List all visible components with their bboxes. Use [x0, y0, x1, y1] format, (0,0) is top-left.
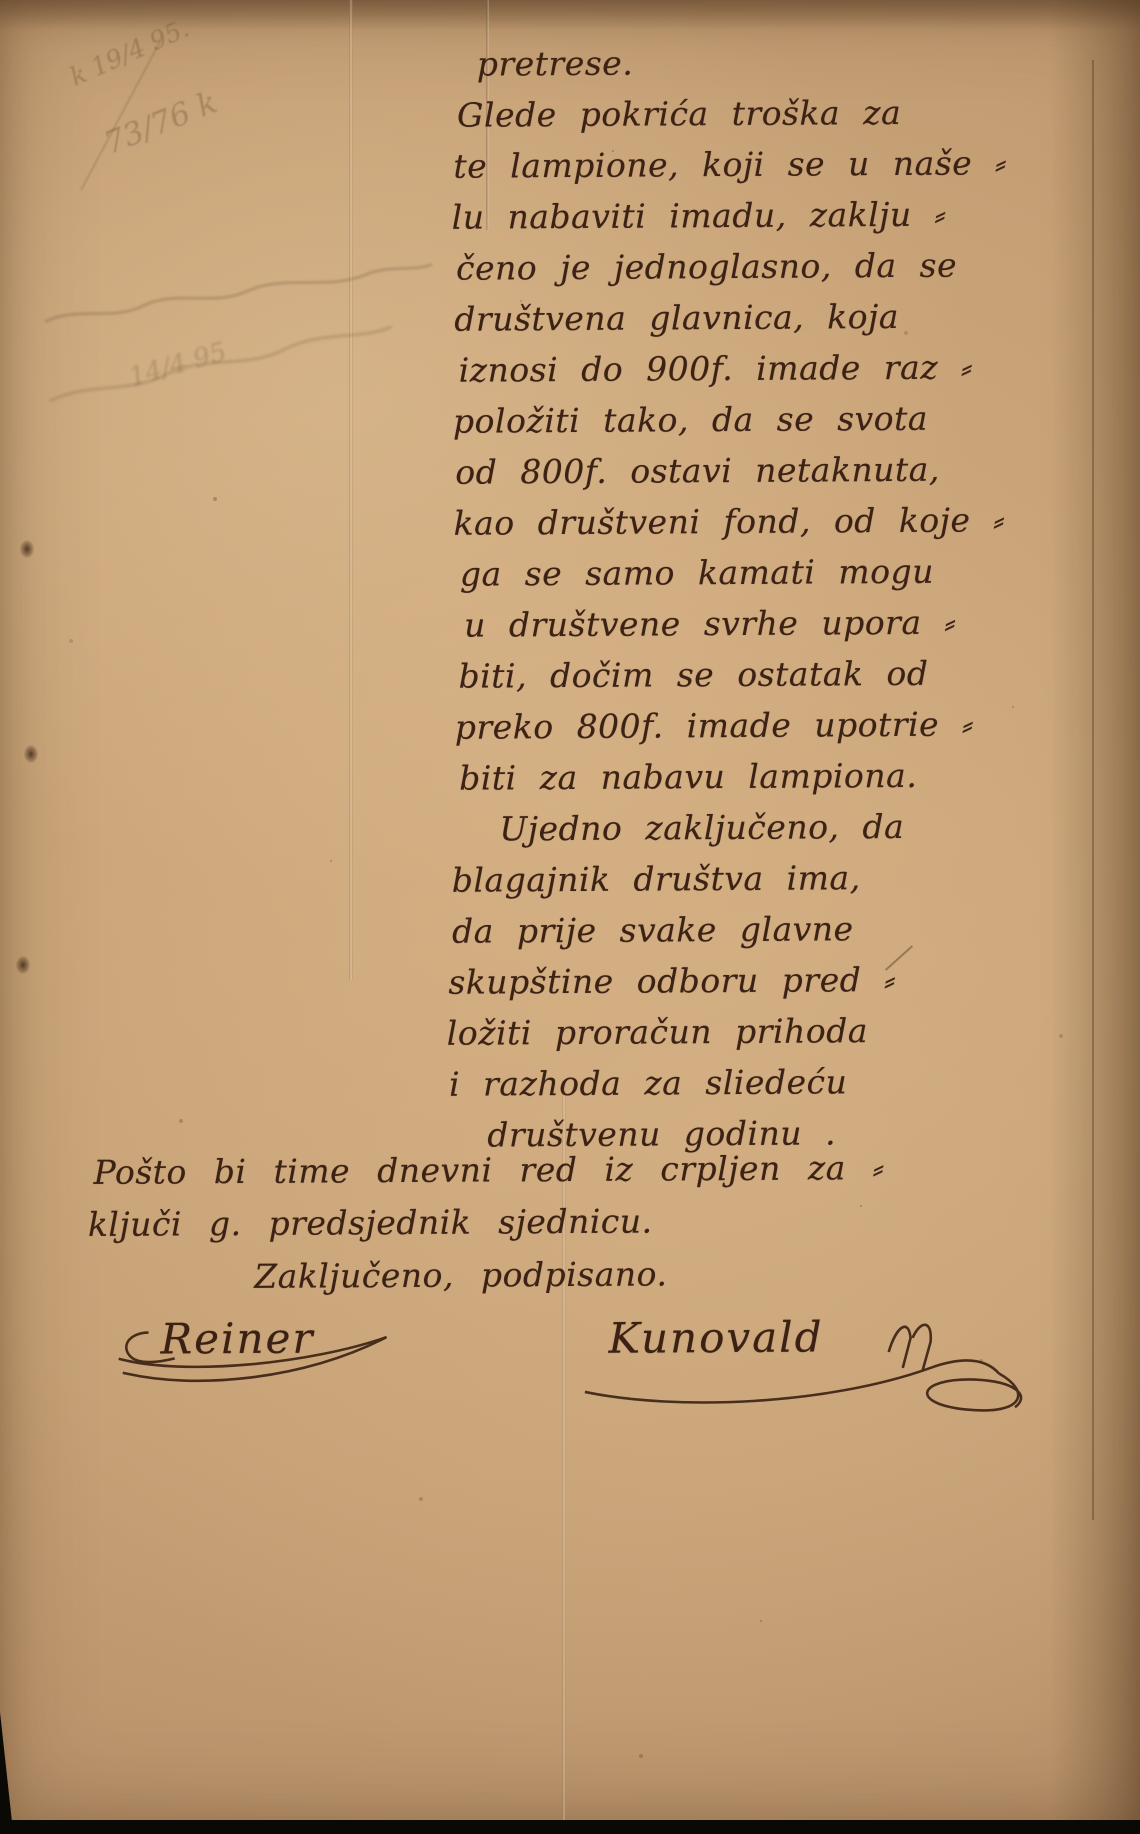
- manuscript-line: preko 800f. imade upotrie ⸗: [455, 707, 974, 746]
- manuscript-line: pretrese.: [477, 46, 634, 83]
- manuscript-line: blagajnik društva ima,: [452, 860, 861, 899]
- signature-right-flourish: [578, 1297, 1049, 1440]
- manuscript-line: biti za nabavu lampiona.: [459, 758, 917, 797]
- closing-line: Pošto bi time dnevni red iz crpljen za ⸗: [93, 1150, 884, 1191]
- manuscript-line: biti, dočim se ostatak od: [458, 656, 928, 695]
- scanned-document: { "document": { "description": "Aged han…: [0, 0, 1140, 1834]
- manuscript-line: skupštine odboru pred ⸗: [448, 962, 896, 1001]
- manuscript-line: društvena glavnica, koja: [454, 299, 899, 338]
- manuscript-line: od 800f. ostavi netaknuta,: [455, 452, 940, 491]
- manuscript-line: čeno je jednoglasno, da se: [456, 248, 957, 287]
- closing-line: ključi g. predsjednik sjednicu.: [88, 1204, 653, 1244]
- manuscript-line: u društvene svrhe upora ⸗: [464, 605, 956, 644]
- manuscript-line: kao društveni fond, od koje ⸗: [453, 502, 1005, 542]
- manuscript-line: Glede pokrića troška za: [457, 95, 901, 134]
- manuscript-line: položiti tako, da se svota: [453, 401, 928, 440]
- paper-speckles: [0, 0, 2, 2]
- manuscript-line: te lampione, koji se u naše ⸗: [453, 145, 1007, 185]
- manuscript-line: iznosi do 900f. imade raz ⸗: [459, 350, 973, 389]
- signature-left-flourish: [114, 1309, 395, 1401]
- manuscript-line: ga se samo kamati mogu: [460, 554, 934, 593]
- manuscript-line: i razhoda za sliedeću: [449, 1064, 848, 1103]
- handwritten-text: pretrese. Glede pokrića troška za te lam…: [0, 0, 1140, 1834]
- manuscript-line: da prije svake glavne: [452, 911, 854, 950]
- manuscript-line: ložiti proračun prihoda: [447, 1013, 868, 1052]
- manuscript-line: Ujedno zaključeno, da: [499, 809, 904, 848]
- manuscript-line: lu nabaviti imadu, zaklju ⸗: [452, 197, 947, 236]
- closing-line: Zaključeno, podpisano.: [254, 1256, 667, 1295]
